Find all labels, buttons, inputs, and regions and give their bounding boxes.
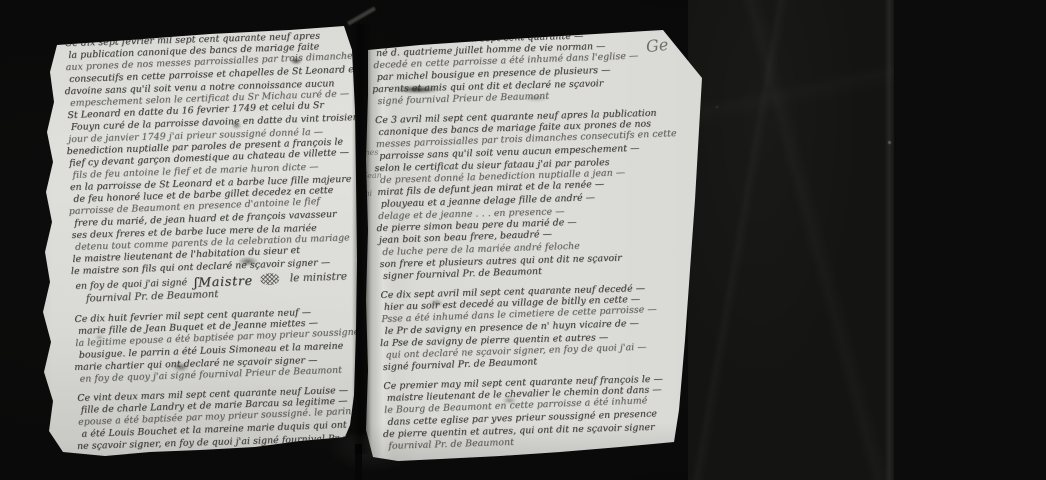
record-paragraph: Ce premier may mil sept cent quarante ne… <box>383 371 689 453</box>
dust-speck <box>888 141 891 144</box>
record-paragraph: Ce vint deux mars mil sept cent quarante… <box>77 383 361 453</box>
signature-paraph-icon <box>260 273 279 286</box>
book-headband-slash <box>347 7 376 26</box>
left-page-text: Ce dix sept fevrier mil sept cent quaran… <box>65 28 361 453</box>
record-paragraph: Ce vint trois mars mil sept cent quarant… <box>372 27 678 109</box>
spine-gutter-shadow <box>352 24 372 454</box>
record-paragraph: Ce dix sept avril mil sept cent quarante… <box>380 280 686 374</box>
dust-speck <box>716 106 718 108</box>
book-cover-cloth <box>688 0 894 480</box>
signature-title: le ministre <box>290 270 348 284</box>
signature-name: ʃMaistre <box>194 272 253 289</box>
signature-prefix: en foy de quoi j'ai signé <box>75 277 187 292</box>
scanner-bed-panel <box>894 0 1046 480</box>
record-paragraph: Ce dix huit fevrier mil sept cent quaran… <box>74 304 358 386</box>
record-paragraph: Ce 3 avril mil sept cent quarante neuf a… <box>375 106 684 283</box>
scan-background: Ce dix sept fevrier mil sept cent quaran… <box>0 0 1046 480</box>
right-page-text: Ce vint trois mars mil sept cent quarant… <box>372 27 689 453</box>
record-paragraph: Ce dix sept fevrier mil sept cent quaran… <box>65 28 355 278</box>
